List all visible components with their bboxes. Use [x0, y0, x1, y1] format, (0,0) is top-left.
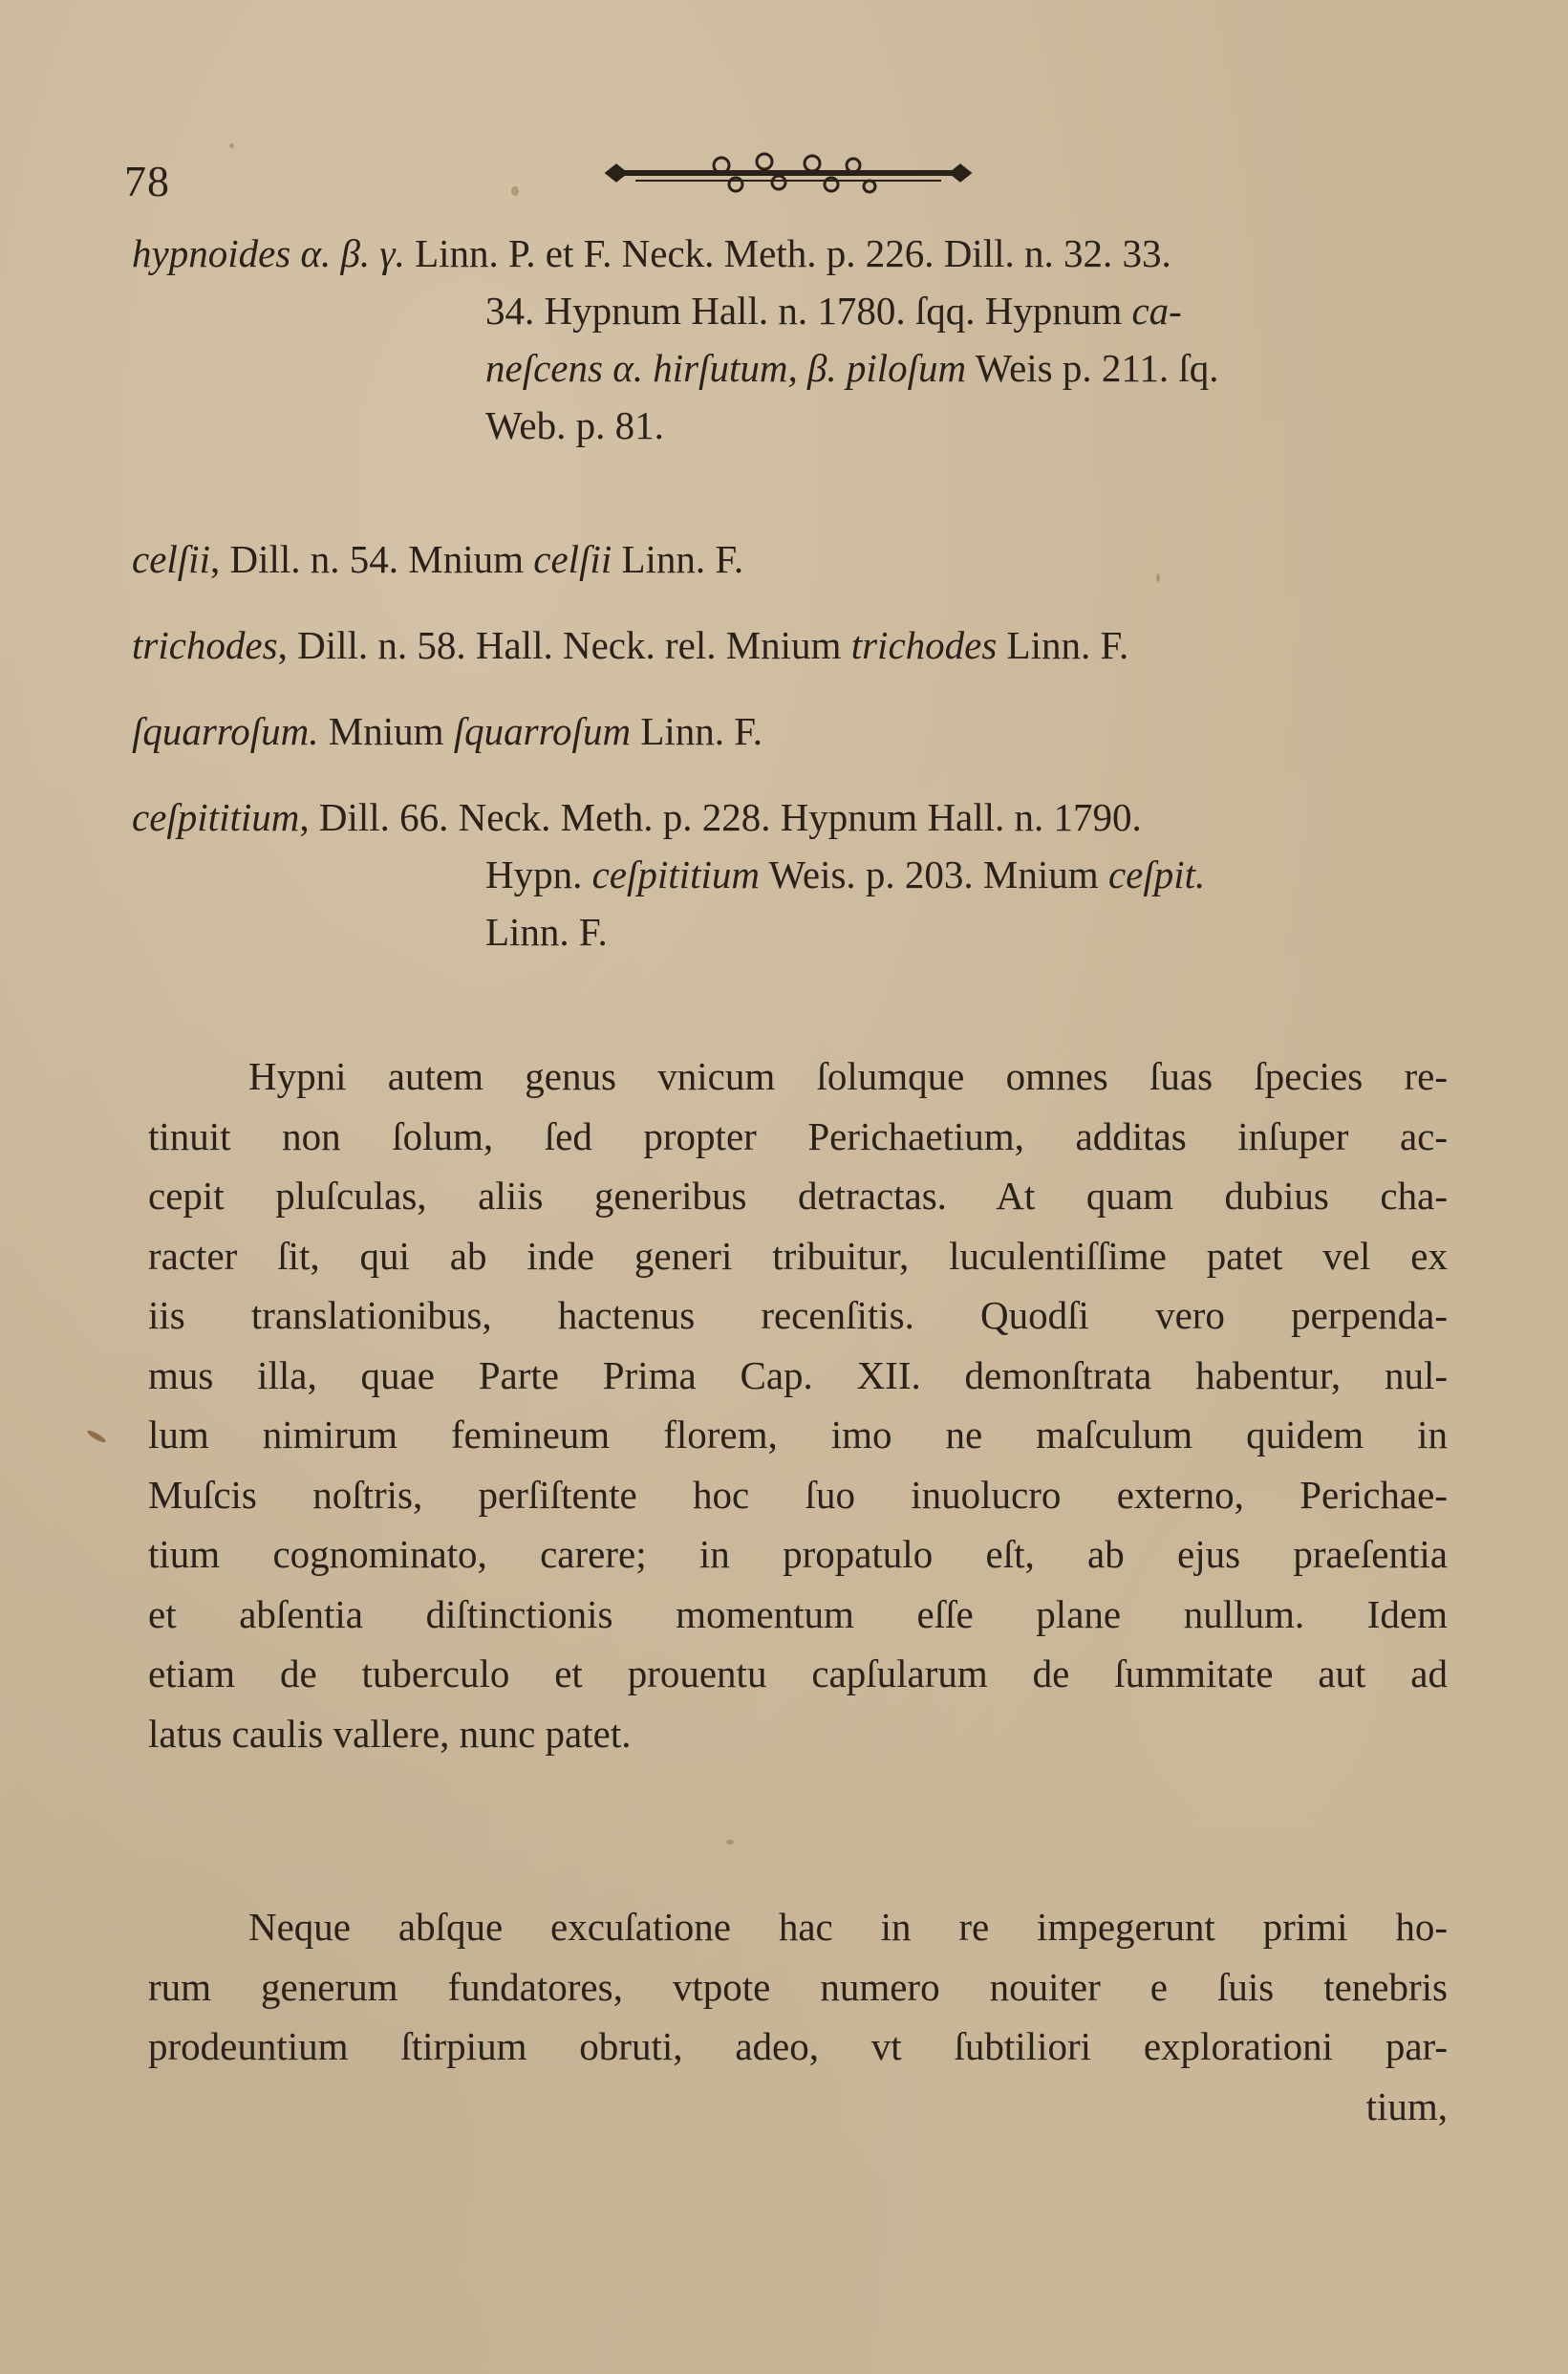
paragraph-line: Hypni autem genus vnicum ſolumque omnes … — [148, 1047, 1448, 1107]
paragraph-1: Hypni autem genus vnicum ſolumque omnes … — [148, 1047, 1448, 1763]
paper-speck — [511, 186, 519, 196]
paragraph-line: mus illa, quae Parte Prima Cap. XII. dem… — [148, 1346, 1448, 1406]
entry-celsii: celſii, Dill. n. 54. Mnium celſii Linn. … — [132, 530, 1450, 588]
entry-squarrosum: ſquarroſum. Mnium ſquarroſum Linn. F. — [132, 702, 1450, 760]
paper-speck — [229, 143, 234, 148]
paper-speck — [1156, 573, 1160, 582]
paragraph-line: et abſentia diſtinctionis momentum eſſe … — [148, 1585, 1448, 1645]
entry-line: ceſpititium, Dill. 66. Neck. Meth. p. 22… — [132, 795, 1142, 839]
paragraph-line: Muſcis noſtris, perſiſtente hoc ſuo inuo… — [148, 1465, 1448, 1525]
paragraph-line: latus caulis vallere, nunc patet. — [148, 1704, 1448, 1764]
catchword: tium, — [148, 2077, 1448, 2137]
entry-line: trichodes, Dill. n. 58. Hall. Neck. rel.… — [132, 623, 1128, 667]
paragraph-line: prodeuntium ſtirpium obruti, adeo, vt ſu… — [148, 2017, 1448, 2077]
entry-line: ſquarroſum. Mnium ſquarroſum Linn. F. — [132, 709, 763, 753]
entry-line: Hypn. ceſpititium Weis. p. 203. Mnium ce… — [132, 846, 1450, 903]
ornamental-headpiece-icon — [597, 148, 979, 196]
paragraph-line: tium cognominato, carere; in propatulo e… — [148, 1524, 1448, 1585]
entry-line: Web. p. 81. — [132, 397, 1450, 454]
paragraph-line: tinuit non ſolum, ſed propter Perichaeti… — [148, 1107, 1448, 1167]
entry-trichodes: trichodes, Dill. n. 58. Hall. Neck. rel.… — [132, 616, 1450, 674]
paragraph-line: etiam de tuberculo et prouentu capſularu… — [148, 1644, 1448, 1704]
entry-line: 34. Hypnum Hall. n. 1780. ſqq. Hypnum ca… — [132, 282, 1450, 339]
paragraph-line: iis translationibus, hactenus recenſitis… — [148, 1285, 1448, 1346]
entry-cespititium: ceſpititium, Dill. 66. Neck. Meth. p. 22… — [132, 788, 1450, 960]
entry-line: celſii, Dill. n. 54. Mnium celſii Linn. … — [132, 537, 743, 581]
paragraph-2: Neque abſque excuſatione hac in re impeg… — [148, 1897, 1448, 2136]
book-page: 78 hypnoides α. β. γ. Linn. P. et F. Nec… — [0, 0, 1568, 2374]
entry-hypnoides: hypnoides α. β. γ. Linn. P. et F. Neck. … — [132, 225, 1450, 454]
entry-line: neſcens α. hirſutum, β. piloſum Weis p. … — [132, 339, 1450, 397]
paper-speck — [86, 1429, 107, 1444]
paragraph-line: Neque abſque excuſatione hac in re impeg… — [148, 1897, 1448, 1957]
page-number: 78 — [124, 156, 170, 206]
paragraph-line: cepit pluſculas, aliis generibus detract… — [148, 1166, 1448, 1226]
entry-line: Linn. F. — [132, 903, 1450, 960]
paper-speck — [726, 1840, 734, 1845]
paragraph-line: lum nimirum femineum florem, imo ne maſc… — [148, 1405, 1448, 1465]
entry-line: hypnoides α. β. γ. Linn. P. et F. Neck. … — [132, 231, 1171, 275]
paragraph-line: rum generum fundatores, vtpote numero no… — [148, 1957, 1448, 2018]
paragraph-line: racter ſit, qui ab inde generi tribuitur… — [148, 1226, 1448, 1286]
